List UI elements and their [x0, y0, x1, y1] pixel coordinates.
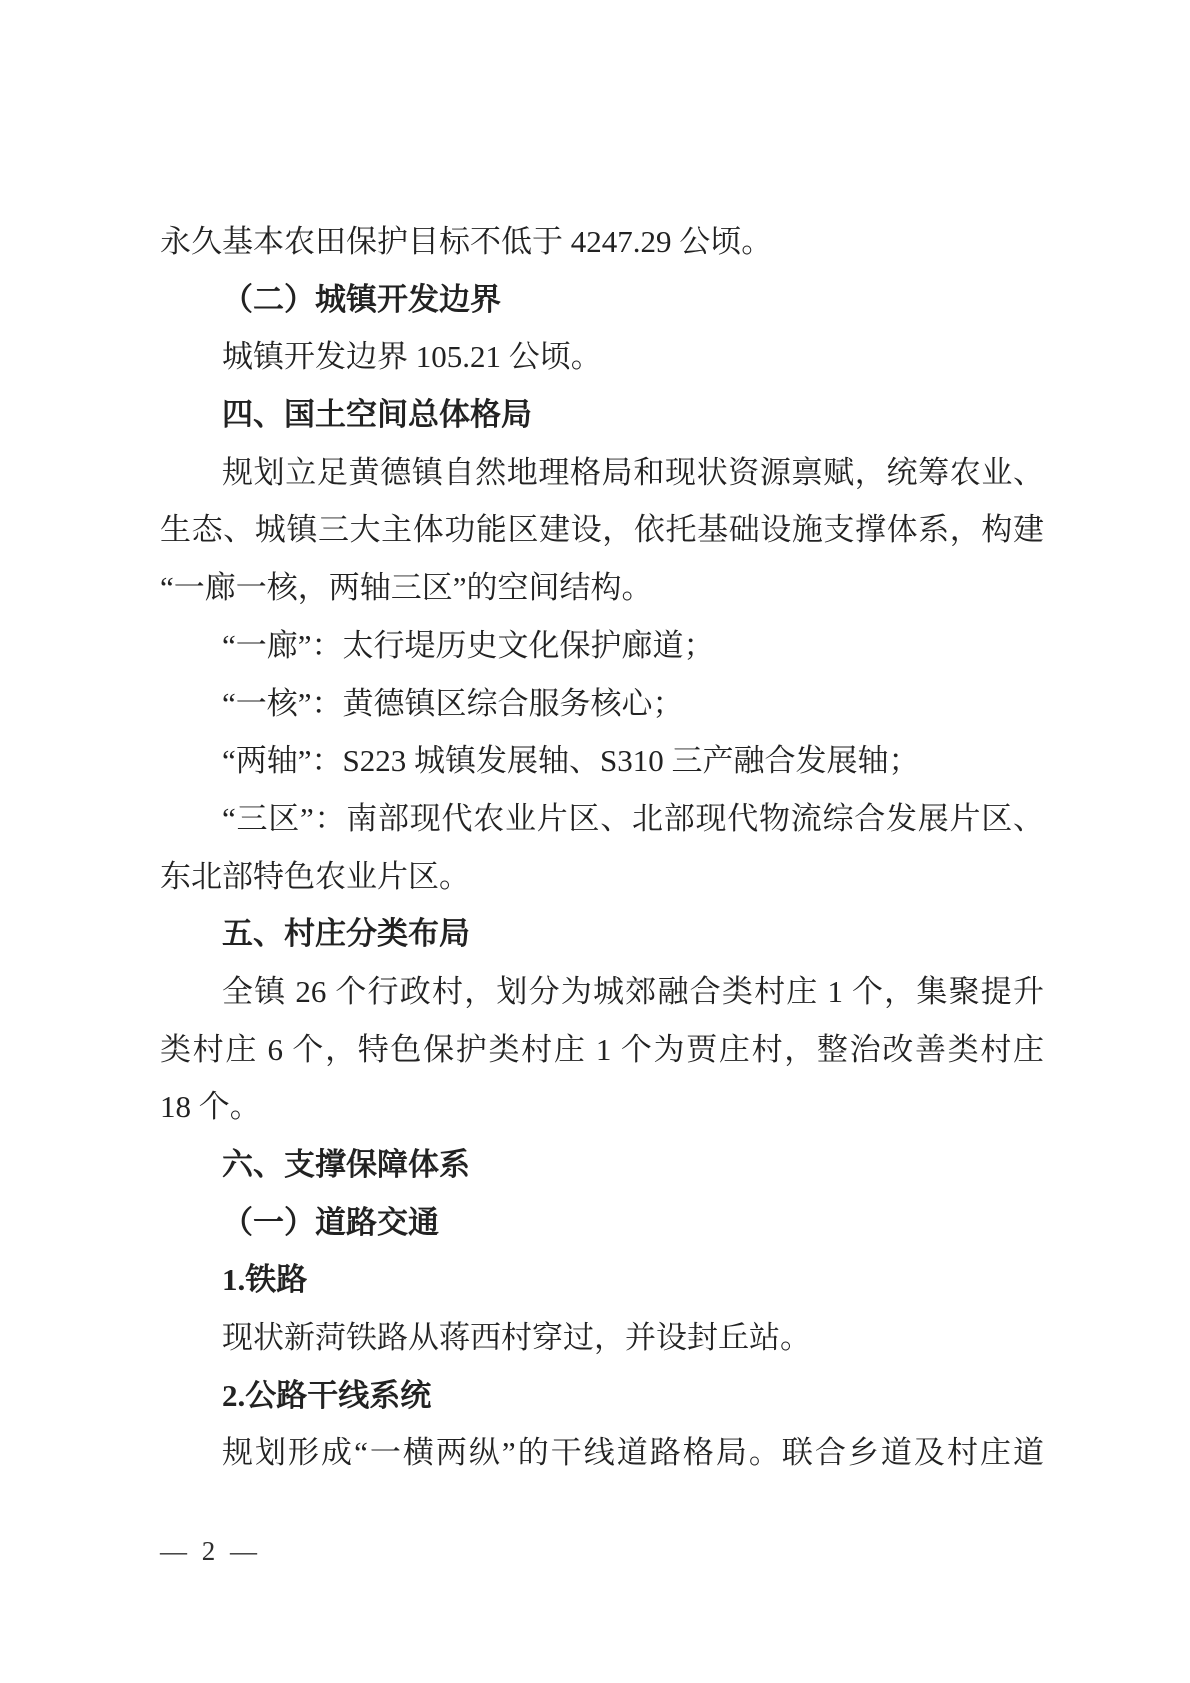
document-page: 永久基本农田保护目标不低于 4247.29 公顷。（二）城镇开发边界城镇开发边界…	[0, 0, 1190, 1683]
page-number: — 2 —	[160, 1536, 261, 1566]
sub-heading: 1.铁路	[160, 1251, 1044, 1309]
paragraph-line: 全镇 26 个行政村，划分为城郊融合类村庄 1 个，集聚提升	[160, 963, 1044, 1021]
paragraph-line: 类村庄 6 个，特色保护类村庄 1 个为贾庄村，整治改善类村庄	[160, 1021, 1044, 1079]
page-footer: — 2 —	[160, 1536, 261, 1566]
section-heading: 六、支撑保障体系	[160, 1136, 1044, 1194]
section-heading: 五、村庄分类布局	[160, 905, 1044, 963]
paragraph-line: “一廊”：太行堤历史文化保护廊道；	[160, 617, 1044, 675]
paragraph-line: “两轴”：S223 城镇发展轴、S310 三产融合发展轴；	[160, 732, 1044, 790]
paragraph-line: 东北部特色农业片区。	[160, 848, 1044, 906]
sub-heading: 2.公路干线系统	[160, 1367, 1044, 1425]
paragraph-line: “一核”：黄德镇区综合服务核心；	[160, 675, 1044, 733]
sub-heading: （一）道路交通	[160, 1194, 1044, 1252]
paragraph-line: “一廊一核，两轴三区”的空间结构。	[160, 559, 1044, 617]
paragraph-line: 生态、城镇三大主体功能区建设，依托基础设施支撑体系，构建	[160, 501, 1044, 559]
paragraph-line: 永久基本农田保护目标不低于 4247.29 公顷。	[160, 213, 1044, 271]
document-body: 永久基本农田保护目标不低于 4247.29 公顷。（二）城镇开发边界城镇开发边界…	[160, 213, 1044, 1482]
sub-heading: （二）城镇开发边界	[160, 271, 1044, 329]
paragraph-line: “三区”：南部现代农业片区、北部现代物流综合发展片区、	[160, 790, 1044, 848]
paragraph-line: 城镇开发边界 105.21 公顷。	[160, 328, 1044, 386]
section-heading: 四、国土空间总体格局	[160, 386, 1044, 444]
paragraph-line: 现状新菏铁路从蒋西村穿过，并设封丘站。	[160, 1309, 1044, 1367]
paragraph-line: 规划形成“一横两纵”的干线道路格局。联合乡道及村庄道	[160, 1424, 1044, 1482]
paragraph-line: 规划立足黄德镇自然地理格局和现状资源禀赋，统筹农业、	[160, 444, 1044, 502]
paragraph-line: 18 个。	[160, 1078, 1044, 1136]
